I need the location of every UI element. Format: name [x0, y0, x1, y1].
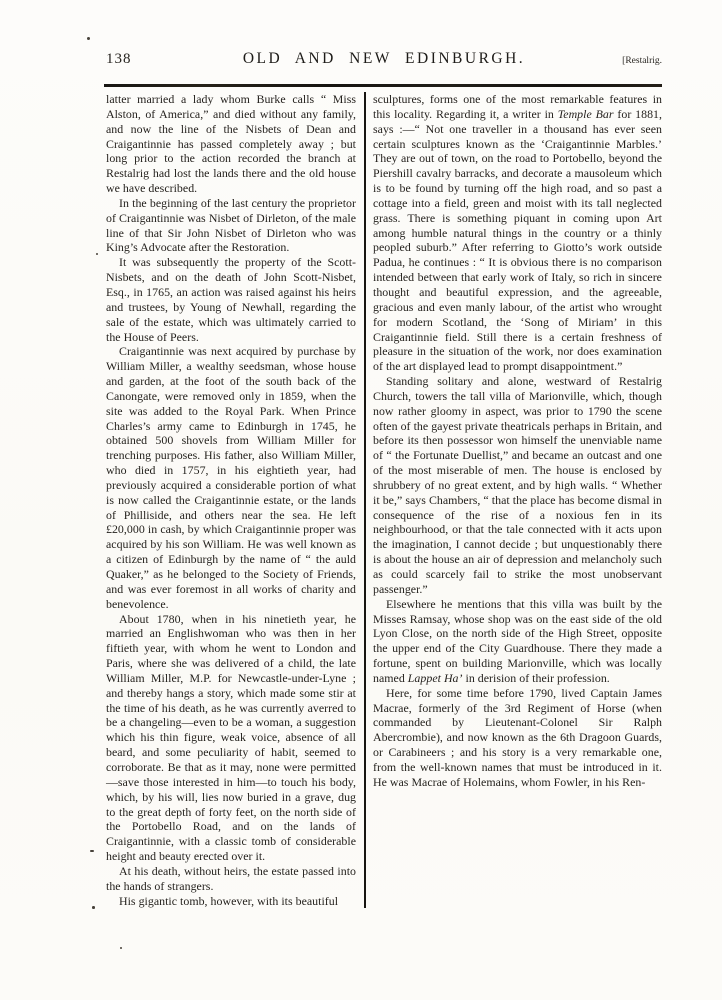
- body-text: It was subsequently the property of the …: [106, 255, 356, 343]
- paragraph: At his death, without heirs, the estate …: [106, 864, 356, 894]
- book-page: 138 OLD AND NEW EDINBURGH. [Restalrig. l…: [0, 0, 722, 1000]
- page-title: OLD AND NEW EDINBURGH.: [201, 50, 567, 68]
- column-divider: [364, 92, 366, 908]
- running-header: 138 OLD AND NEW EDINBURGH. [Restalrig.: [106, 50, 662, 68]
- running-head-catchword: [Restalrig.: [567, 56, 662, 66]
- left-column: latter married a lady whom Burke calls “…: [106, 92, 356, 908]
- scan-speck: [90, 850, 94, 852]
- body-text: At his death, without heirs, the estate …: [106, 864, 356, 893]
- paragraph: Standing solitary and alone, westward of…: [373, 374, 662, 597]
- text-block: latter married a lady whom Burke calls “…: [106, 92, 662, 908]
- paragraph: Here, for some time before 1790, lived C…: [373, 686, 662, 790]
- body-text: About 1780, when in his ninetieth year, …: [106, 612, 356, 864]
- body-text: in derision of their profession.: [463, 671, 610, 685]
- paragraph: latter married a lady whom Burke calls “…: [106, 92, 356, 196]
- body-text: Standing solitary and alone, westward of…: [373, 374, 662, 596]
- scan-speck: [96, 253, 98, 255]
- paragraph: His gigantic tomb, however, with its bea…: [106, 894, 356, 909]
- paragraph: In the beginning of the last century the…: [106, 196, 356, 255]
- body-text: for 1881, says :—“ Not one traveller in …: [373, 107, 662, 373]
- paragraph: It was subsequently the property of the …: [106, 255, 356, 344]
- page-number: 138: [106, 51, 201, 68]
- italic-text: Lappet Ha’: [408, 671, 463, 685]
- paragraph: About 1780, when in his ninetieth year, …: [106, 612, 356, 864]
- header-rule: [104, 84, 662, 87]
- body-text: His gigantic tomb, however, with its bea…: [119, 894, 338, 908]
- paragraph: Elsewhere he mentions that this villa wa…: [373, 597, 662, 686]
- right-column: sculptures, forms one of the most remark…: [373, 92, 662, 908]
- scan-speck: [87, 37, 90, 40]
- paragraph: sculptures, forms one of the most remark…: [373, 92, 662, 374]
- scan-speck: [92, 906, 95, 909]
- body-text: Here, for some time before 1790, lived C…: [373, 686, 662, 789]
- paragraph: Craigantinnie was next acquired by purch…: [106, 344, 356, 611]
- scan-speck: [120, 947, 122, 949]
- body-text: Craigantinnie was next acquired by purch…: [106, 344, 356, 610]
- body-text: latter married a lady whom Burke calls “…: [106, 92, 356, 195]
- body-text: In the beginning of the last century the…: [106, 196, 356, 255]
- italic-text: Temple Bar: [558, 107, 614, 121]
